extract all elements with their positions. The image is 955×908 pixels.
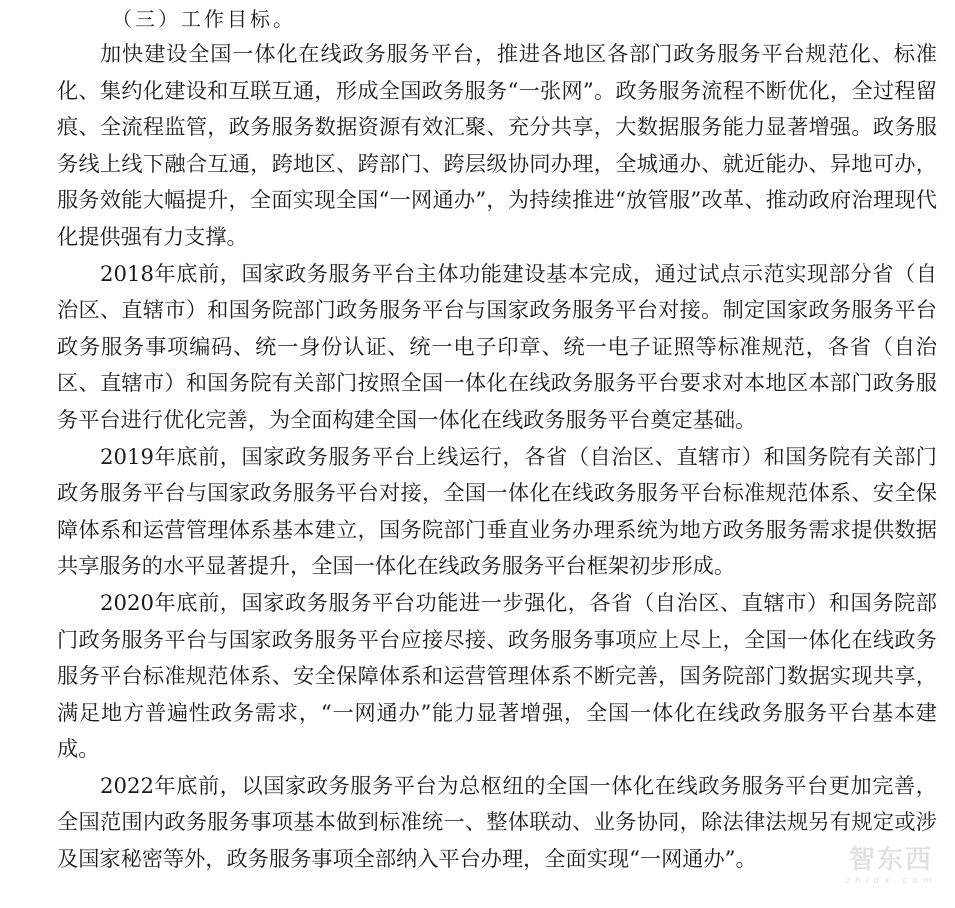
watermark-logo: 智东西 zhidx.com: [832, 845, 950, 903]
paragraph-2018-goal: 2018年底前，国家政务服务平台主体功能建设基本完成，通过试点示范实现部分省（自…: [57, 256, 937, 439]
paragraph-2020-goal: 2020年底前，国家政务服务平台功能进一步强化，各省（自治区、直辖市）和国务院部…: [57, 585, 937, 768]
section-heading: （三）工作目标。: [57, 2, 937, 36]
watermark-domain: zhidx.com: [832, 875, 950, 887]
paragraph-overview: 加快建设全国一体化在线政务服务平台，推进各地区各部门政务服务平台规范化、标准化、…: [57, 36, 937, 256]
paragraph-2022-goal: 2022年底前，以国家政务服务平台为总枢纽的全国一体化在线政务服务平台更加完善，…: [57, 768, 937, 878]
document-body: （三）工作目标。 加快建设全国一体化在线政务服务平台，推进各地区各部门政务服务平…: [57, 2, 937, 878]
watermark-logo-text: 智东西: [832, 845, 950, 875]
paragraph-2019-goal: 2019年底前，国家政务服务平台上线运行，各省（自治区、直辖市）和国务院有关部门…: [57, 439, 937, 585]
